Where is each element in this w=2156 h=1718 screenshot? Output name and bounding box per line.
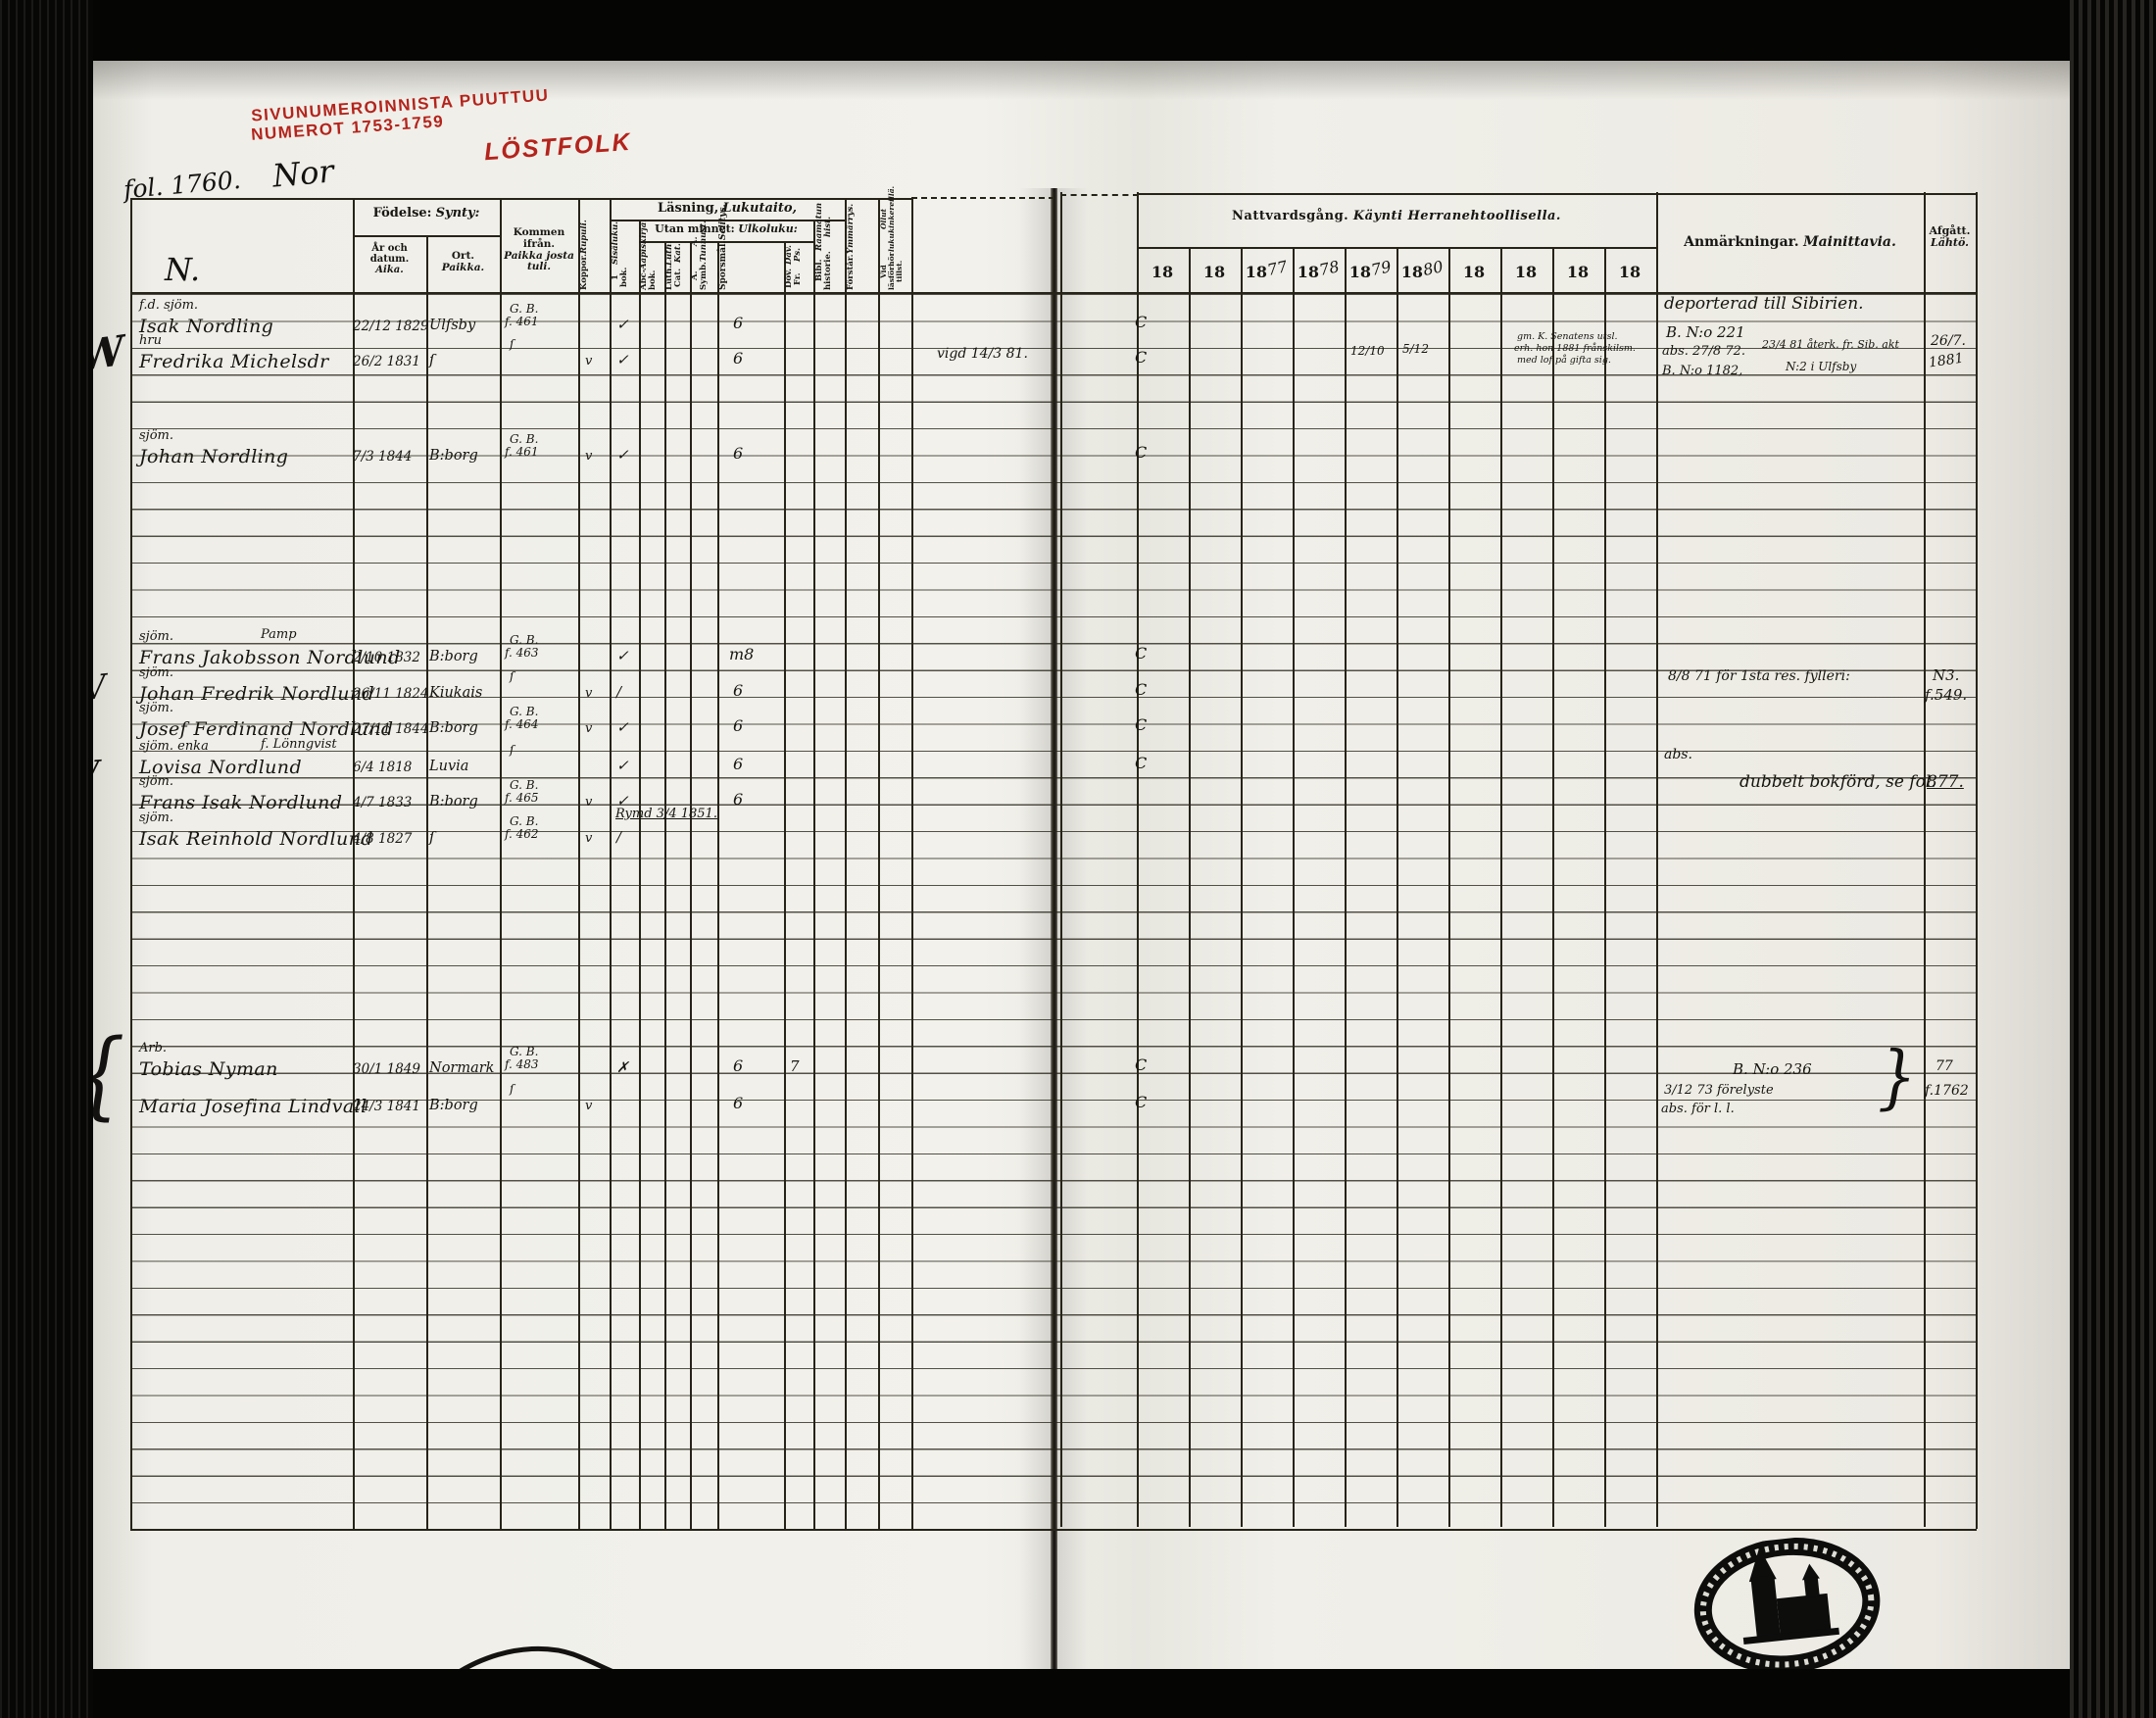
scanned-ledger-page: SIVUNUMEROINNISTA PUUTTUU NUMEROT 1753-1… <box>0 0 2156 1718</box>
came-from-ref2: f. 461 <box>505 315 539 328</box>
annotation-deported: deporterad till Sibirien. <box>1664 294 1864 314</box>
table-vline <box>1448 247 1450 1527</box>
table-vline <box>664 241 666 1531</box>
came-from-ref1: G. B. <box>510 1045 538 1058</box>
communion-year-cell: 18 <box>1189 253 1241 290</box>
header-lasning-sv: Läsning, <box>658 201 718 216</box>
birth-date: 27/11 1844 <box>353 721 429 737</box>
smallpox-mark: v <box>585 1099 592 1113</box>
birth-place-ditto: ſ <box>429 353 434 368</box>
header-afgatt: Afgått. Lähtö. <box>1924 225 1976 250</box>
annotation-b221: B. N:o 221 <box>1666 323 1745 341</box>
table-vline <box>1924 192 1926 1527</box>
reading-mark: ✓ <box>616 446 629 464</box>
header-luth-sv: Luth. Cat. <box>665 266 689 290</box>
table-vline <box>1656 192 1658 1527</box>
year-printed-18: 18 <box>1151 263 1173 281</box>
table-vline <box>578 198 580 1531</box>
escaped-note: Rymd 3/4 1851. <box>615 807 717 821</box>
year-printed-18: 18 <box>1567 263 1589 281</box>
birth-date: 2/10 1832 <box>353 650 420 665</box>
year-handwritten-suffix: 77 <box>1265 257 1289 279</box>
annotation-abs-72: abs. 27/8 72. <box>1662 344 1745 359</box>
reading-mark: / <box>616 828 621 846</box>
year-printed-18: 18 <box>1298 263 1319 281</box>
annotation-fylleri: 8/8 71 för 1sta res. fylleri: <box>1668 668 1850 684</box>
birth-place: B:borg <box>429 448 478 464</box>
table-vline <box>500 198 502 1531</box>
came-from-ditto: ſ <box>510 1082 514 1096</box>
came-from-ref1: G. B. <box>510 778 538 792</box>
header-nattvardsgang-sv: Nattvardsgång. <box>1232 209 1348 223</box>
header-luth-fi: Luth. Kat. <box>665 241 689 266</box>
table-hline <box>1137 193 1977 195</box>
header-luth: Luth. Cat. Luth. Kat. <box>665 243 689 290</box>
header-koppor: Koppor. Rupuli. <box>580 202 608 290</box>
came-from-ref2: f. 464 <box>505 717 539 731</box>
annotation-senate-2: erh. hon 1881 frånskilsm. <box>1514 343 1636 354</box>
header-symb-sv: A. Symb. <box>691 262 716 290</box>
header-fodelse-fi: Synty: <box>436 206 480 221</box>
scan-border-right <box>2070 0 2156 1718</box>
reading-mark: / <box>616 683 621 701</box>
table-vline <box>1293 247 1295 1527</box>
sporsmal-grade: 6 <box>733 1094 743 1112</box>
table-vline <box>717 241 719 1531</box>
extra-grade: 7 <box>790 1057 800 1075</box>
communion-year-cell: 1879 <box>1345 253 1396 290</box>
reading-mark: ✓ <box>616 316 629 333</box>
occupation: sjöm. <box>139 701 173 715</box>
table-vline <box>1137 192 1139 1527</box>
maiden-name-note: f. Lönngvist <box>261 737 337 752</box>
smallpox-mark: v <box>585 449 592 464</box>
communion-year-cell: 1877 <box>1241 253 1293 290</box>
table-vline <box>878 198 880 1531</box>
afgatt-f1762: f.1762 <box>1925 1083 1969 1099</box>
smallpox-mark: v <box>585 795 592 810</box>
header-ort: Ort. Paikka. <box>428 251 498 274</box>
birth-place: Kiukais <box>429 685 482 701</box>
came-from-ref2: f. 483 <box>505 1057 539 1071</box>
table-vline <box>813 220 815 1531</box>
table-hline <box>911 197 1054 199</box>
birth-place: B:borg <box>429 1098 478 1113</box>
sporsmal-grade: 6 <box>733 790 743 809</box>
reading-mark: ✓ <box>616 757 629 774</box>
header-forstar: Förstår. Ymmärrys. <box>847 200 876 290</box>
right-brace: } <box>1878 1036 1916 1118</box>
year-handwritten-suffix: 78 <box>1317 257 1341 279</box>
header-nattvardsgang-fi: Käynti Herranehtoollisella. <box>1353 209 1561 223</box>
birth-date: 30/1 1849 <box>353 1061 420 1077</box>
came-from-ditto: ſ <box>510 337 514 351</box>
church-seal-stamp <box>1687 1529 1891 1690</box>
occupation: sjöm. <box>139 774 173 789</box>
communion-year-cell: 18 <box>1448 253 1500 290</box>
header-kommen-fi: Paikka josta tuli. <box>502 251 576 274</box>
afgatt-n3: N3. <box>1933 666 1959 684</box>
table-vline <box>690 241 692 1531</box>
afgatt-877: 877. <box>1927 772 1964 792</box>
communion-year-cell: 1880 <box>1396 253 1448 290</box>
year-printed-18: 18 <box>1619 263 1641 281</box>
birth-date: 4/7 1833 <box>353 795 412 810</box>
reading-mark: ✓ <box>616 647 629 664</box>
person-name: Fredrika Michelsdr <box>139 351 329 372</box>
communion-year-cell: 18 <box>1500 253 1552 290</box>
communion-date-1880: 5/12 <box>1402 342 1429 356</box>
birth-date: 26/2 1831 <box>353 354 420 369</box>
smallpox-mark: v <box>585 686 592 701</box>
came-from-ref2: f. 462 <box>505 827 539 841</box>
annotation-abs-ll: abs. för l. l. <box>1661 1102 1735 1116</box>
table-vline <box>1060 192 1062 1527</box>
communion-year-cell: 18 <box>1604 253 1656 290</box>
person-name: Johan Nordling <box>139 446 288 467</box>
table-vline <box>610 198 612 1531</box>
scan-border-bottom <box>0 1669 2156 1718</box>
annotation-b236: B. N:o 236 <box>1733 1060 1812 1078</box>
birth-place: B:borg <box>429 649 478 664</box>
came-from-ref2: f. 463 <box>505 646 539 660</box>
header-kommen: Kommen ifrån. Paikka josta tuli. <box>502 227 576 273</box>
paper-top-shadow <box>93 61 2070 100</box>
book-binding-edge <box>0 0 93 1718</box>
marriage-note: vigd 14/3 81. <box>937 346 1028 362</box>
header-abc-sv: Abc-bok. <box>640 270 663 290</box>
header-ar: År och datum. Aika. <box>355 243 424 276</box>
sporsmal-grade: 6 <box>733 314 743 332</box>
header-sporsmal-sv: Spörsmål. <box>719 240 782 290</box>
person-name: Maria Josefina Lindvall <box>139 1096 367 1117</box>
reading-mark: ✗ <box>616 1058 629 1076</box>
header-symb: A. Symb. A. Tunnust. <box>691 243 716 290</box>
header-1bok-fi: Sisäluku. <box>612 221 637 265</box>
sporsmal-grade: 6 <box>733 349 743 368</box>
afgatt-f549: f.549. <box>1925 686 1967 704</box>
person-name: Isak Reinhold Nordlund <box>139 828 373 850</box>
table-vline <box>426 235 428 1531</box>
table-hline <box>130 1529 1977 1531</box>
header-kommen-sv: Kommen ifrån. <box>502 227 576 251</box>
header-vid-lasforhor-fi: Ollut lukukinkereillä. <box>880 186 909 252</box>
household-note: Pamp <box>261 627 297 642</box>
year-printed-18: 18 <box>1246 263 1267 281</box>
birth-date: 24/3 1841 <box>353 1099 420 1114</box>
communion-year-cell: 18 <box>1137 253 1189 290</box>
table-vline <box>1976 192 1978 1529</box>
header-forstar-fi: Ymmärrys. <box>847 204 876 254</box>
table-vline <box>353 198 355 1531</box>
sporsmal-grade: m8 <box>729 645 754 663</box>
came-from-ditto: ſ <box>510 743 514 757</box>
communion-year-cell: 1878 <box>1293 253 1345 290</box>
header-koppor-fi: Rupuli. <box>580 220 608 254</box>
birth-place: Luvia <box>429 759 468 774</box>
occupation: f.d. sjöm. <box>139 298 198 313</box>
came-from-ref2: f. 461 <box>505 445 539 459</box>
came-from-ref1: G. B. <box>510 432 538 446</box>
header-sporsmal-fi: Selitys. <box>719 205 782 241</box>
occupation: sjöm. <box>139 665 173 680</box>
afgatt-77: 77 <box>1935 1058 1953 1074</box>
header-nattvardsgang: Nattvardsgång. Käynti Herranehtoollisell… <box>1137 210 1656 224</box>
table-vline <box>1396 247 1398 1527</box>
smallpox-mark: v <box>585 831 592 846</box>
page-name: Nor <box>270 152 335 194</box>
table-vline <box>845 198 847 1531</box>
annotation-b1182: B. N:o 1182, <box>1662 364 1742 378</box>
header-dav-sv: Döv. Fr. <box>785 267 812 290</box>
communion-mark: C <box>1135 644 1147 663</box>
table-vline <box>130 198 132 1531</box>
sporsmal-grade: 6 <box>733 755 743 773</box>
year-printed-18: 18 <box>1203 263 1225 281</box>
annotation-return-sib: 23/4 81 återk. fr. Sib. akt <box>1762 338 1899 351</box>
header-fodelse-sv: Födelse: <box>373 206 432 221</box>
table-hline <box>1137 247 1656 249</box>
header-vid-lasforhor: Vid läsförhör tillst. Ollut lukukinkerei… <box>880 200 909 290</box>
header-1bok: 1 bok. Sisäluku. <box>612 221 637 290</box>
table-hline <box>1060 194 1139 196</box>
header-bibl-sv: Bibl. historie. <box>815 251 843 290</box>
came-from-ref2: f. 465 <box>505 791 539 805</box>
header-forstar-sv: Förstår. <box>847 254 876 290</box>
header-sporsmal: Spörsmål. Selitys. <box>719 243 782 290</box>
birth-place: B:borg <box>429 794 478 810</box>
communion-date-1879: 12/10 <box>1350 344 1385 358</box>
annotation-senate-1: gm. K. Senatens utsl. <box>1517 331 1618 342</box>
birth-date: 7/3 1844 <box>353 449 412 465</box>
birth-place: Ulfsby <box>429 318 475 333</box>
table-vline <box>911 198 913 1531</box>
came-from-ref1: G. B. <box>510 633 538 647</box>
year-handwritten-suffix: 80 <box>1421 257 1445 279</box>
birth-date: 4/8 1827 <box>353 831 412 847</box>
communion-mark: C <box>1135 1093 1147 1111</box>
annotation-forelyste: 3/12 73 förelyste <box>1664 1083 1774 1098</box>
table-vline <box>784 241 786 1531</box>
table-vline <box>639 220 641 1531</box>
header-anmarkningar-sv: Anmärkningar. <box>1684 234 1799 250</box>
header-anmarkningar: Anmärkningar. Mainittavia. <box>1656 235 1924 251</box>
header-ort-fi: Paikka. <box>428 263 498 274</box>
table-vline <box>1241 247 1243 1527</box>
birth-date: 26/11 1824 <box>353 686 429 702</box>
reading-mark: ✓ <box>616 718 629 736</box>
header-ar-sv: År och datum. <box>355 243 424 265</box>
table-vline <box>1345 247 1347 1527</box>
birth-place: Normark <box>429 1060 494 1076</box>
table-vline <box>1604 247 1606 1527</box>
year-printed-18: 18 <box>1515 263 1537 281</box>
birth-place: B:borg <box>429 720 478 736</box>
annotation-abs: abs. <box>1664 747 1692 762</box>
header-bibl-fi: Raamatun hist. <box>815 203 843 251</box>
occupation: sjöm. <box>139 629 173 644</box>
header-fodelse: Födelse: Synty: <box>353 207 500 221</box>
sporsmal-grade: 6 <box>733 444 743 463</box>
year-handwritten-suffix: 79 <box>1369 257 1393 279</box>
annotation-senate-3: med lof på gifta sig. <box>1517 355 1611 366</box>
communion-mark: C <box>1135 313 1147 331</box>
communion-mark: C <box>1135 348 1147 367</box>
communion-mark: C <box>1135 443 1147 462</box>
communion-mark: C <box>1135 715 1147 734</box>
came-from-ref1: G. B. <box>510 302 538 316</box>
communion-mark: C <box>1135 754 1147 772</box>
reading-mark: ✓ <box>616 351 629 368</box>
header-dav-fi: Dav. Ps. <box>785 243 812 267</box>
communion-mark: C <box>1135 680 1147 699</box>
smallpox-mark: v <box>585 721 592 736</box>
afgatt-date-1: 26/7. <box>1931 333 1966 349</box>
header-afgatt-fi: Lähtö. <box>1924 237 1976 249</box>
came-from-ref1: G. B. <box>510 705 538 718</box>
occupation: sjöm. <box>139 810 173 825</box>
header-anmarkningar-fi: Mainittavia. <box>1803 234 1896 250</box>
table-vline <box>1189 247 1191 1527</box>
header-ort-sv: Ort. <box>428 251 498 263</box>
table-vline <box>1500 247 1502 1527</box>
header-symb-fi: A. Tunnust. <box>691 221 716 262</box>
birth-date: 6/4 1818 <box>353 760 412 775</box>
sporsmal-grade: 6 <box>733 716 743 735</box>
occupation: sjöm. <box>139 428 173 443</box>
communion-mark: C <box>1135 1055 1147 1074</box>
year-printed-18: 18 <box>1463 263 1485 281</box>
came-from-ditto: ſ <box>510 669 514 683</box>
year-printed-18: 18 <box>1401 263 1423 281</box>
name-column-flourish: N. <box>165 251 200 288</box>
sporsmal-grade: 6 <box>733 1056 743 1075</box>
occupation: Arb. <box>139 1041 167 1055</box>
sporsmal-grade: 6 <box>733 681 743 700</box>
occupation: hru <box>139 333 162 348</box>
year-printed-18: 18 <box>1349 263 1371 281</box>
header-dav: Döv. Fr. Dav. Ps. <box>785 243 812 290</box>
header-koppor-sv: Koppor. <box>580 254 608 290</box>
church-seal-icon <box>1687 1529 1891 1686</box>
header-bibl: Bibl. historie. Raamatun hist. <box>815 221 843 290</box>
table-hline <box>353 235 500 237</box>
person-name: Tobias Nyman <box>139 1058 278 1080</box>
table-vline <box>1552 247 1554 1527</box>
person-name: Johan Fredrik Nordlund <box>139 683 374 705</box>
scan-border-top <box>0 0 2156 61</box>
header-vid-lasforhor-sv: Vid läsförhör tillst. <box>880 252 909 290</box>
occupation: sjöm. enka <box>139 739 209 754</box>
communion-year-cell: 18 <box>1552 253 1604 290</box>
table-hline <box>130 198 913 200</box>
table-vline <box>1053 192 1054 1531</box>
header-abc-fi: Aapiskirja. <box>640 220 663 270</box>
header-1bok-sv: 1 bok. <box>612 265 637 290</box>
birth-date: 22/12 1829 <box>353 319 429 334</box>
came-from-ref1: G. B. <box>510 814 538 828</box>
smallpox-mark: v <box>585 354 592 368</box>
birth-place-ditto: ſ <box>429 830 434 846</box>
annotation-ulfsby: N:2 i Ulfsby <box>1786 360 1856 373</box>
header-ar-fi: Aika. <box>355 265 424 275</box>
annotation-double-entry: dubbelt bokförd, se fol. <box>1739 772 1936 792</box>
header-abc: Abc-bok. Aapiskirja. <box>640 243 663 290</box>
